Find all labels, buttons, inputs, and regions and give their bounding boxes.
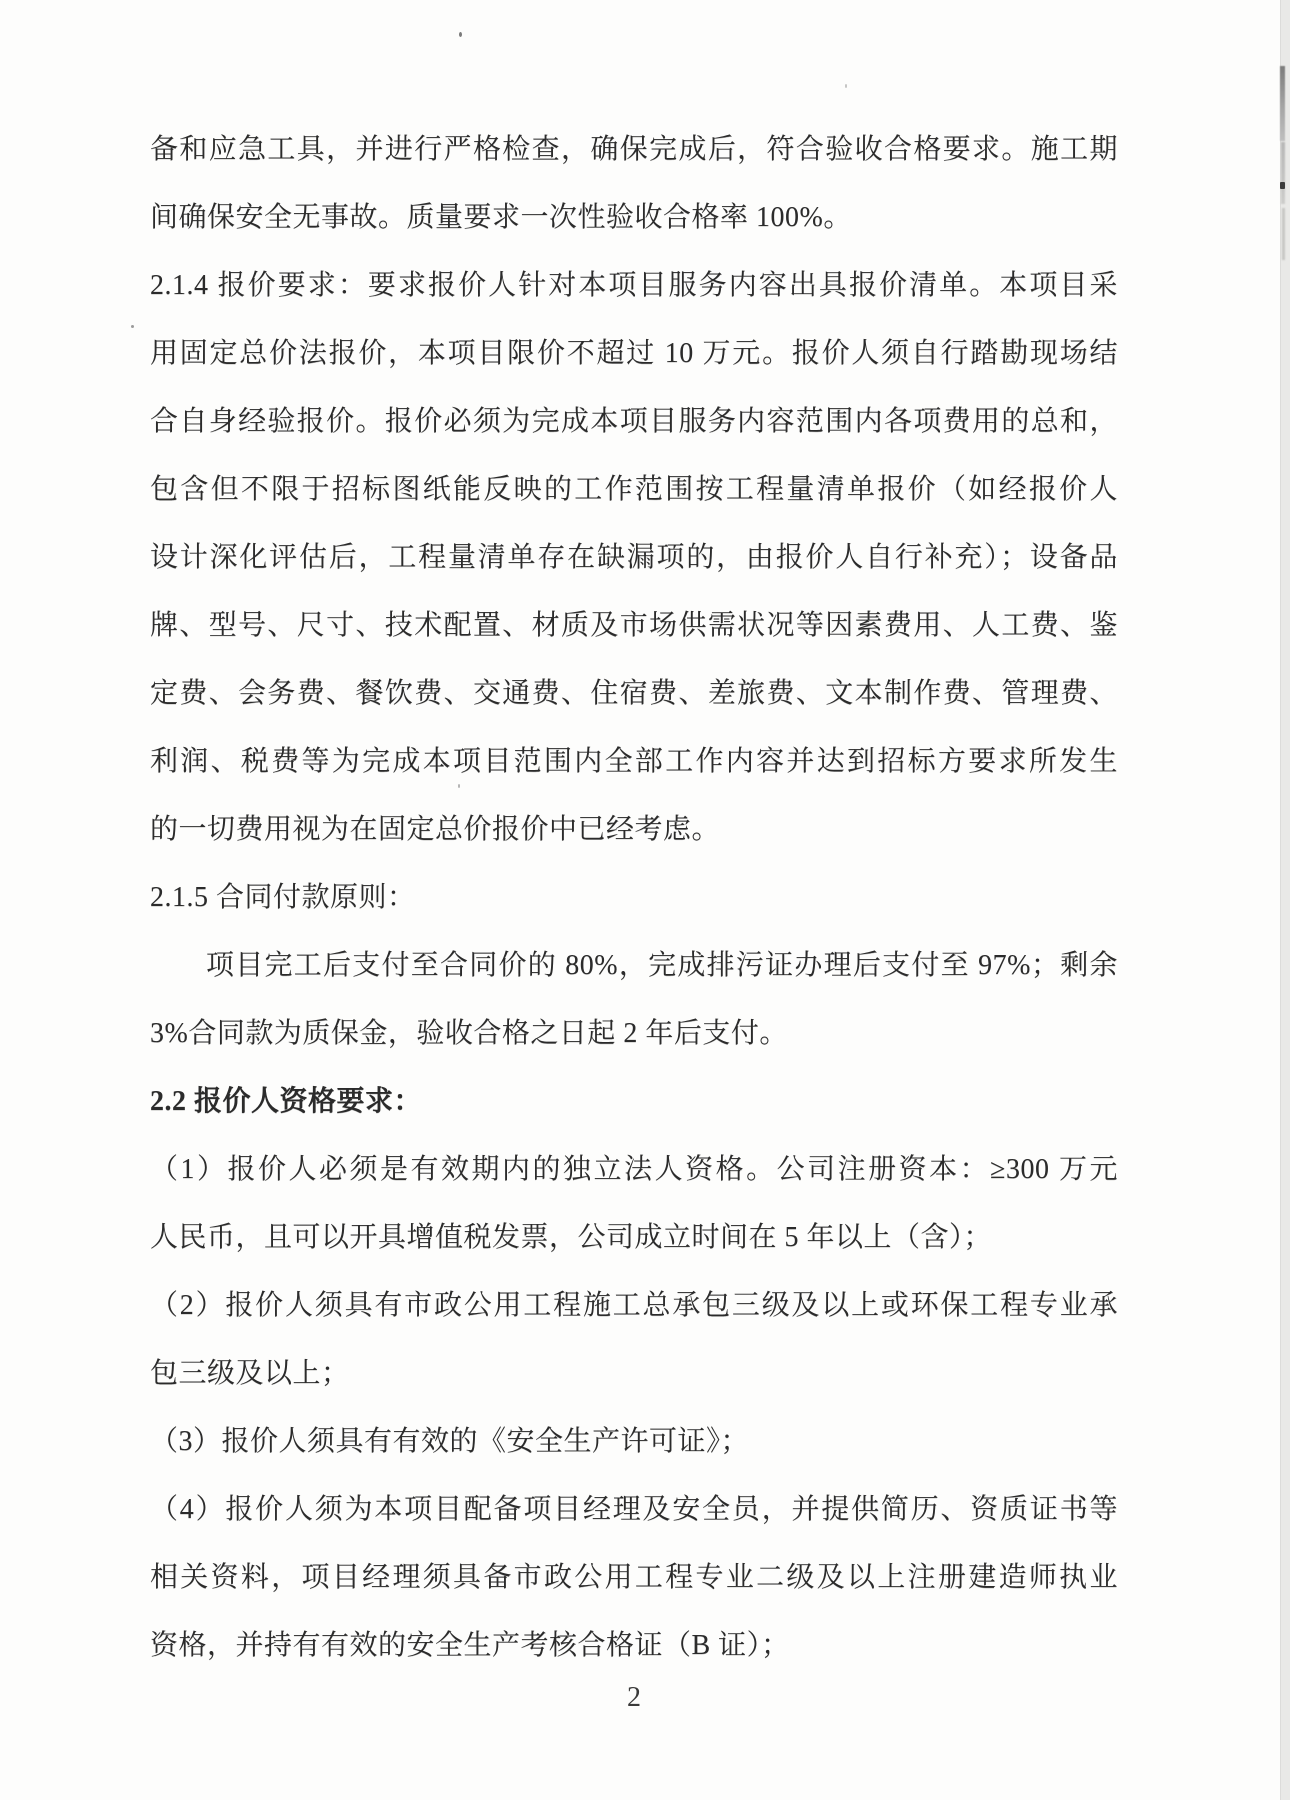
text-line: 包三级及以上； [150,1357,1118,1393]
text-line: （2）报价人须具有市政公用工程施工总承包三级及以上或环保工程专业承 [150,1289,1118,1325]
text-line: 2.2 报价人资格要求： [150,1085,1118,1121]
scan-speck [459,32,462,37]
scan-edge-smudge [1281,142,1285,204]
text-line: （1）报价人必须是有效期内的独立法人资格。公司注册资本：≥300 万元 [150,1153,1118,1189]
text-line: 2.1.4 报价要求：要求报价人针对本项目服务内容出具报价清单。本项目采 [150,269,1118,305]
scan-edge-strip [1280,0,1290,1800]
text-line: 的一切费用视为在固定总价报价中已经考虑。 [150,813,1118,849]
text-line: 相关资料，项目经理须具备市政公用工程专业二级及以上注册建造师执业 [150,1561,1118,1597]
page-number: 2 [150,1682,1118,1714]
text-line: 牌、型号、尺寸、技术配置、材质及市场供需状况等因素费用、人工费、鉴 [150,609,1118,645]
scan-edge-mark [1280,182,1285,189]
text-line: （3）报价人须具有有效的《安全生产许可证》； [150,1425,1118,1461]
scan-speck [458,784,460,788]
text-line: （4）报价人须为本项目配备项目经理及安全员，并提供简历、资质证书等 [150,1493,1118,1529]
scan-speck [888,960,890,965]
text-line: 3%合同款为质保金，验收合格之日起 2 年后支付。 [150,1017,1118,1053]
text-line: 包含但不限于招标图纸能反映的工作范围按工程量清单报价（如经报价人 [150,473,1118,509]
scan-edge-smudge [1280,66,1285,141]
scan-speck [131,325,134,328]
scan-speck [845,84,847,88]
text-line: 备和应急工具，并进行严格检查，确保完成后，符合验收合格要求。施工期 [150,133,1118,169]
text-line: 合自身经验报价。报价必须为完成本项目服务内容范围内各项费用的总和， [150,405,1118,441]
text-line: 利润、税费等为完成本项目范围内全部工作内容并达到招标方要求所发生 [150,745,1118,781]
text-line: 用固定总价法报价，本项目限价不超过 10 万元。报价人须自行踏勘现场结 [150,337,1118,373]
text-line: 2.1.5 合同付款原则： [150,881,1118,917]
text-line: 项目完工后支付至合同价的 80%，完成排污证办理后支付至 97%；剩余 [150,949,1118,985]
scanned-document-page: 备和应急工具，并进行严格检查，确保完成后，符合验收合格要求。施工期间确保安全无事… [0,0,1290,1800]
text-line: 资格，并持有有效的安全生产考核合格证（B 证）； [150,1629,1118,1665]
text-line: 间确保安全无事故。质量要求一次性验收合格率 100%。 [150,201,1118,237]
scan-edge-smudge [1282,208,1285,260]
text-line: 人民币，且可以开具增值税发票，公司成立时间在 5 年以上（含）； [150,1221,1118,1257]
text-line: 设计深化评估后，工程量清单存在缺漏项的，由报价人自行补充）；设备品 [150,541,1118,577]
text-line: 定费、会务费、餐饮费、交通费、住宿费、差旅费、文本制作费、管理费、 [150,677,1118,713]
